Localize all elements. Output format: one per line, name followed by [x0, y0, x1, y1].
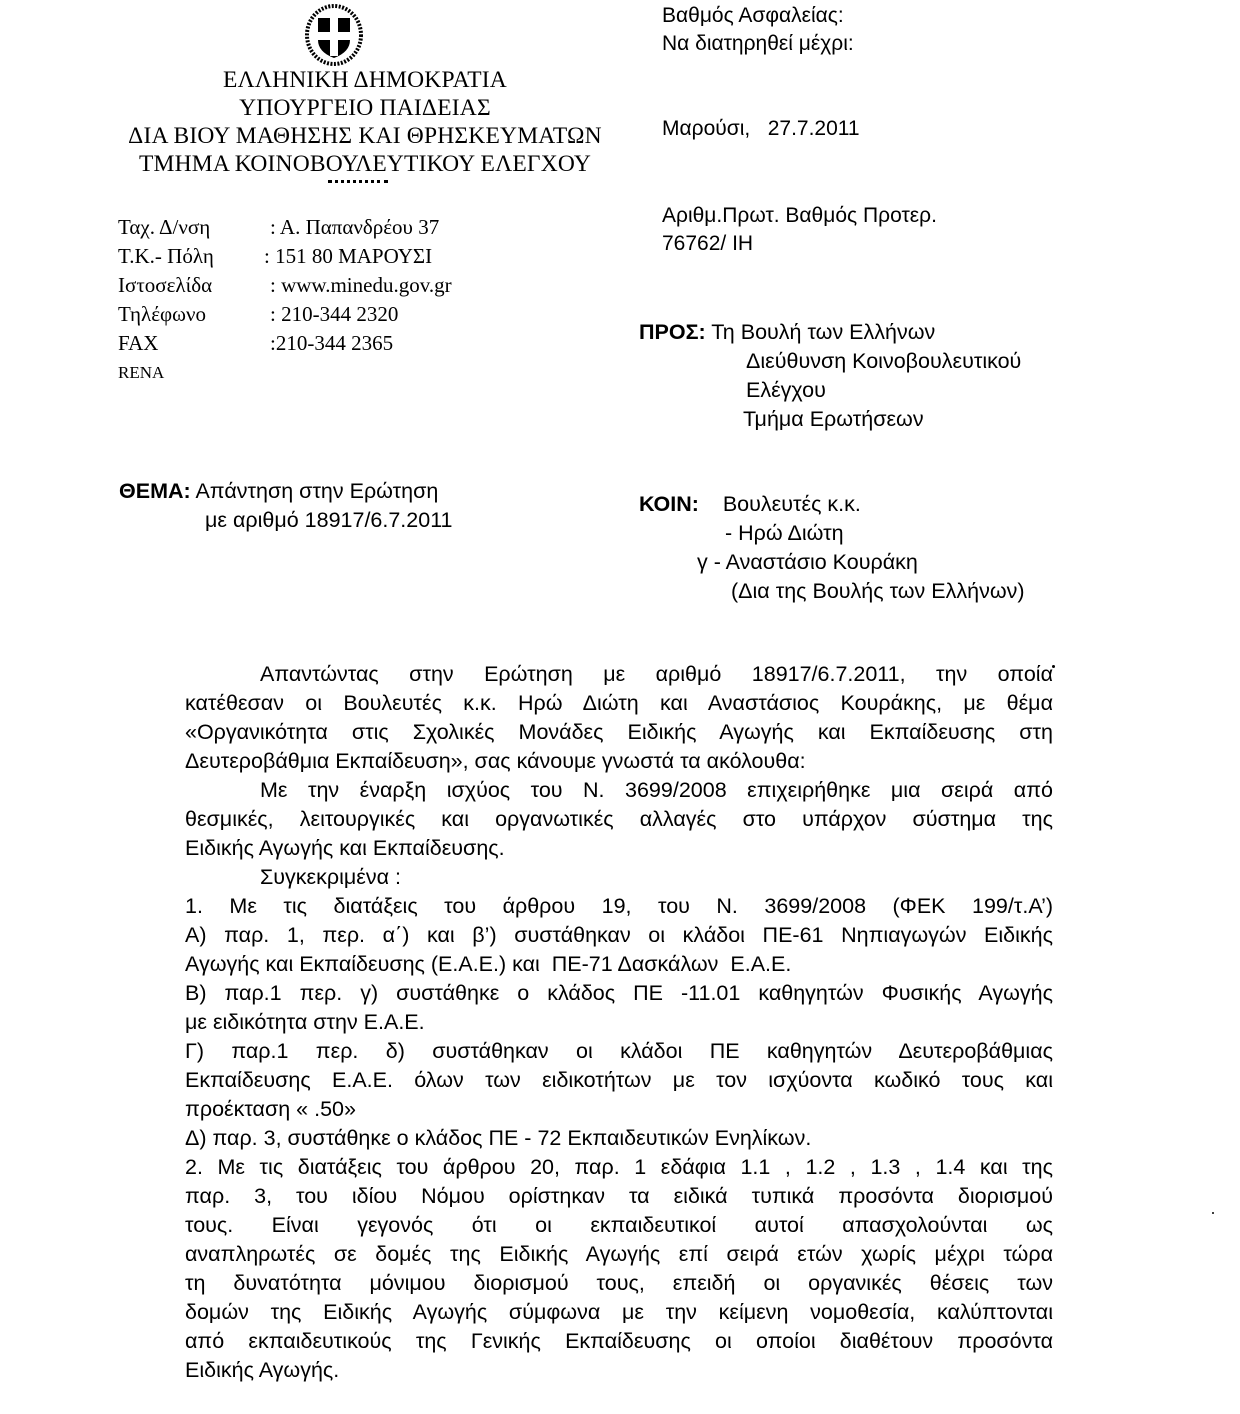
contact-label: Ταχ. Δ/νση: [118, 213, 270, 242]
body-line: κατέθεσαν οι Βουλευτές κ.κ. Ηρώ Διώτη κα…: [185, 689, 1053, 718]
body-line: Απαντώντας στην Ερώτηση με αριθμό 18917/…: [185, 660, 1053, 689]
scan-speck: [1052, 665, 1055, 668]
cc-line: - Ηρώ Διώτη: [639, 519, 1025, 548]
body-line: Συγκεκριμένα :: [185, 863, 1053, 892]
cc-label: ΚΟΙΝ:: [639, 492, 699, 516]
body-line: Α) παρ. 1, περ. α΄) και β’) συστάθηκαν ο…: [185, 921, 1053, 950]
greek-coat-of-arms-icon: [305, 4, 363, 66]
contact-info: Ταχ. Δ/νση : Α. Παπανδρέου 37 Τ.Κ.- Πόλη…: [118, 213, 452, 387]
recipient-label: ΠΡΟΣ:: [639, 320, 706, 344]
contact-value: : Α. Παπανδρέου 37: [270, 213, 439, 242]
body-line: Ειδικής Αγωγής.: [185, 1356, 1053, 1385]
protocol-label: Αριθμ.Πρωτ. Βαθμός Προτερ.: [662, 202, 937, 230]
body-line: θεσμικές, λειτουργικές και οργανωτικές α…: [185, 805, 1053, 834]
cc-line: γ - Αναστάσιο Κουράκη: [639, 548, 1025, 577]
contact-value: : 151 80 ΜΑΡΟΥΣΙ: [264, 242, 432, 271]
body-line: από εκπαιδευτικούς της Γενικής Εκπαίδευσ…: [185, 1327, 1053, 1356]
body-line: 1. Με τις διατάξεις του άρθρου 19, του Ν…: [185, 892, 1053, 921]
body-line: Εκπαίδευσης Ε.Α.Ε. όλων των ειδικοτήτων …: [185, 1066, 1053, 1095]
contact-row-phone: Τηλέφωνο : 210-344 2320: [118, 300, 452, 329]
place-date: Μαρούσι, 27.7.2011: [662, 115, 860, 143]
body-line: Αγωγής και Εκπαίδευσης (Ε.Α.Ε.) και ΠΕ-7…: [185, 950, 1053, 979]
contact-label: Τ.Κ.- Πόλη: [118, 242, 264, 271]
contact-row-address: Ταχ. Δ/νση : Α. Παπανδρέου 37: [118, 213, 452, 242]
body-line: αναπληρωτές σε δομές της Ειδικής Αγωγής …: [185, 1240, 1053, 1269]
body-line: Ειδικής Αγωγής και Εκπαίδευσης.: [185, 834, 1053, 863]
body-line: δομών της Ειδικής Αγωγής σύμφωνα με την …: [185, 1298, 1053, 1327]
ministry-header: ΕΛΛΗΝΙΚΗ ΔΗΜΟΚΡΑΤΙΑ ΥΠΟΥΡΓΕΙΟ ΠΑΙΔΕΙΑΣ Δ…: [100, 66, 630, 178]
contact-value: : 210-344 2320: [270, 300, 398, 329]
body-line: τη δυνατότητα μόνιμου διορισμού τους, επ…: [185, 1269, 1053, 1298]
cc-line: (Δια της Βουλής των Ελλήνων): [639, 577, 1025, 606]
subject-label: ΘΕΜΑ:: [119, 479, 191, 503]
scan-speck: [1212, 1212, 1214, 1214]
contact-label: Τηλέφωνο: [118, 300, 270, 329]
body-line: Με την έναρξη ισχύος του Ν. 3699/2008 επ…: [185, 776, 1053, 805]
body-line: Γ) παρ.1 περ. δ) συστάθηκαν οι κλάδοι ΠΕ…: [185, 1037, 1053, 1066]
ministry-line: ΤΜΗΜΑ ΚΟΙΝΟΒΟΥΛΕΥΤΙΚΟΥ ΕΛΕΓΧΟΥ: [100, 150, 630, 178]
recipient-line: Τμήμα Ερωτήσεων: [639, 405, 1021, 434]
body-line: Δευτεροβάθμια Εκπαίδευση», σας κάνουμε γ…: [185, 747, 1053, 776]
body-line: παρ. 3, του ιδίου Νόμου ορίστηκαν τα ειδ…: [185, 1182, 1053, 1211]
cc-line: Βουλευτές κ.κ.: [723, 492, 861, 516]
ministry-line: ΥΠΟΥΡΓΕΙΟ ΠΑΙΔΕΙΑΣ: [100, 94, 630, 122]
contact-row-website: Ιστοσελίδα : www.minedu.gov.gr: [118, 271, 452, 300]
recipient-line: Τη Βουλή των Ελλήνων: [711, 320, 935, 344]
body-line: με ειδικότητα στην Ε.Α.Ε.: [185, 1008, 1053, 1037]
body-line: «Οργανικότητα στις Σχολικές Μονάδες Ειδι…: [185, 718, 1053, 747]
recipient-line: Ελέγχου: [639, 376, 1021, 405]
body-line: 2. Με τις διατάξεις του άρθρου 20, παρ. …: [185, 1153, 1053, 1182]
website-link[interactable]: : www.minedu.gov.gr: [270, 271, 452, 300]
body-line: προέκταση « .50»: [185, 1095, 1053, 1124]
recipient-block: ΠΡΟΣ: Τη Βουλή των Ελλήνων Διεύθυνση Κοι…: [639, 318, 1021, 434]
subject-block: ΘΕΜΑ: Απάντηση στην Ερώτηση με αριθμό 18…: [119, 477, 453, 535]
body-line: Β) παρ.1 περ. γ) συστάθηκε ο κλάδος ΠΕ -…: [185, 979, 1053, 1008]
contact-label: Ιστοσελίδα: [118, 271, 270, 300]
cc-block: ΚΟΙΝ: Βουλευτές κ.κ. - Ηρώ Διώτη γ - Ανα…: [639, 490, 1025, 606]
header-separator: [328, 180, 388, 183]
subject-line: με αριθμό 18917/6.7.2011: [119, 506, 453, 535]
security-level: Βαθμός Ασφαλείας:: [662, 2, 844, 30]
keep-until: Να διατηρηθεί μέχρι:: [662, 30, 854, 58]
contact-value: :210-344 2365: [270, 329, 393, 358]
body-line: τους. Είναι γεγονός ότι οι εκπαιδευτικοί…: [185, 1211, 1053, 1240]
ministry-line: ΔΙΑ ΒΙΟΥ ΜΑΘΗΣΗΣ ΚΑΙ ΘΡΗΣΚΕΥΜΑΤΩΝ: [100, 122, 630, 150]
contact-row-city: Τ.Κ.- Πόλη : 151 80 ΜΑΡΟΥΣΙ: [118, 242, 452, 271]
initials: RENA: [118, 358, 452, 387]
letter-body: Απαντώντας στην Ερώτηση με αριθμό 18917/…: [185, 660, 1053, 1385]
body-line: Δ) παρ. 3, συστάθηκε ο κλάδος ΠΕ - 72 Εκ…: [185, 1124, 1053, 1153]
protocol-number: 76762/ ΙΗ: [662, 230, 753, 258]
recipient-line: Διεύθυνση Κοινοβουλευτικού: [639, 347, 1021, 376]
subject-line: Απάντηση στην Ερώτηση: [195, 479, 438, 503]
contact-row-fax: FAX :210-344 2365: [118, 329, 452, 358]
ministry-line: ΕΛΛΗΝΙΚΗ ΔΗΜΟΚΡΑΤΙΑ: [100, 66, 630, 94]
contact-label: FAX: [118, 329, 270, 358]
